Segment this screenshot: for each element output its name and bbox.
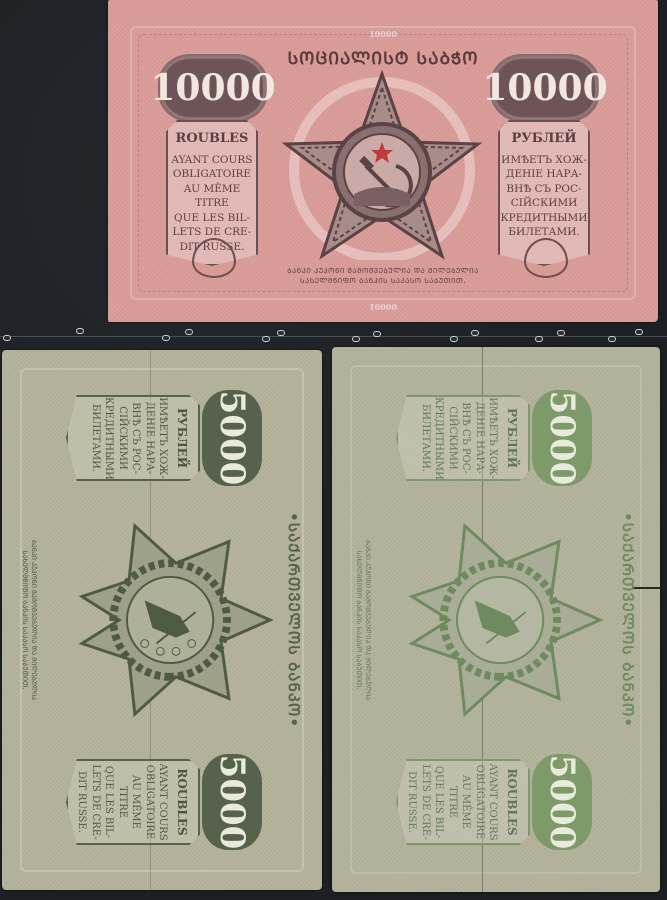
denomination-cartouche-right: 10000 [492, 56, 598, 120]
album-hole [162, 335, 170, 341]
denomination-cartouche-left: 5000 [532, 390, 592, 486]
seven-point-star-emblem-icon [78, 522, 274, 718]
french-line: OBLIGATOIRE [473, 761, 487, 843]
french-text-panel: ROUBLES AYANT COURS OBLIGATOIRE AU MÊME … [66, 759, 200, 845]
rotated-note-content: •ᲡᲐᲥᲐᲠᲗᲕᲔᲚᲝᲡ ᲑᲐᲜᲙᲝ• 5000 5000 РУБЛЕЙ ИМѢ… [336, 350, 656, 890]
russian-text-panel: РУБЛЕЙ ИМѢЕТЪ ХОЖ- ДЕНІЕ НАРА- ВНѢ СЪ РО… [66, 395, 200, 481]
album-hole [3, 335, 11, 341]
french-line: QUE LES BIL- [432, 761, 446, 843]
french-line: QUE LES BIL- [102, 761, 116, 843]
russian-line: КРЕДИТНЫМИ [500, 211, 588, 226]
russian-line: ДЕНІЕ НАРА- [500, 167, 588, 182]
footnote-line: ᲑᲐᲜᲙᲘ ᲙᲣᲞᲝᲜᲘ ᲒᲐᲛᲝᲨᲕᲔᲑᲣᲚᲘᲐ ᲓᲐ ᲛᲘᲚᲔᲑᲣᲚᲘᲐ [108, 266, 658, 276]
bank-title-georgian: •ᲡᲐᲥᲐᲠᲗᲕᲔᲚᲝᲡ ᲑᲐᲜᲙᲝ• [284, 350, 304, 890]
russian-line: ИМѢЕТЪ ХОЖ- [486, 397, 500, 479]
album-hole [557, 330, 565, 336]
footnote-line: ᲡᲐᲮᲔᲚᲛᲬᲘᲤᲝ ᲑᲐᲜᲙᲘᲡ ᲡᲐᲙᲐᲡᲝ ᲡᲐᲑᲣᲗᲘᲗ. [20, 350, 29, 890]
album-hole [635, 329, 643, 335]
russian-line: ВНѢ СЪ РОС- [459, 397, 473, 479]
footnote-line: ᲑᲐᲜᲙᲘ ᲙᲣᲞᲝᲜᲘ ᲒᲐᲛᲝᲨᲕᲔᲑᲣᲚᲘᲐ ᲓᲐ ᲛᲘᲚᲔᲑᲣᲚᲘᲐ [29, 350, 38, 890]
french-line: LETS DE CRE- [89, 761, 103, 843]
russian-line: ВНѢ СЪ РОС- [129, 397, 143, 479]
album-page: 10000 10000 ᲡᲝᲪᲘᲐᲚᲘᲡᲢ ᲡᲐᲑᲭᲝ 10000 10000 … [0, 0, 667, 900]
georgian-footnote: ᲑᲐᲜᲙᲘ ᲙᲣᲞᲝᲜᲘ ᲒᲐᲛᲝᲨᲕᲔᲑᲣᲚᲘᲐ ᲓᲐ ᲛᲘᲚᲔᲑᲣᲚᲘᲐ Ს… [20, 350, 38, 890]
french-heading: ROUBLES [175, 761, 189, 843]
stitch-line [0, 336, 667, 337]
denomination-cartouche-right: 5000 [202, 754, 262, 850]
banknote-10000: 10000 10000 ᲡᲝᲪᲘᲐᲚᲘᲡᲢ ᲡᲐᲑᲭᲝ 10000 10000 … [108, 0, 658, 322]
seven-point-star-emblem-icon [408, 522, 604, 718]
french-line: QUE LES BIL- [168, 211, 256, 226]
russian-line: КРЕДИТНЫМИ [102, 397, 116, 479]
denomination-cartouche-right: 5000 [532, 754, 592, 850]
russian-line: СІЙСКИМИ [116, 397, 130, 479]
album-hole [373, 331, 381, 337]
footnote-line: ᲡᲐᲮᲔᲚᲛᲬᲘᲤᲝ ᲑᲐᲜᲙᲘᲡ ᲡᲐᲙᲐᲡᲝ ᲡᲐᲑᲣᲗᲘᲗ. [354, 350, 363, 890]
denomination-cartouche-left: 10000 [160, 56, 266, 120]
french-heading: ROUBLES [168, 132, 256, 147]
french-line: OBLIGATOIRE [168, 167, 256, 182]
russian-heading: РУБЛЕЙ [175, 397, 189, 479]
bank-title-georgian: •ᲡᲐᲥᲐᲠᲗᲕᲔᲚᲝᲡ ᲑᲐᲜᲙᲝ• [618, 350, 638, 890]
french-line: AU MÊME TITRE [168, 182, 256, 211]
russian-text-panel: РУБЛЕЙ ИМѢЕТЪ ХОЖ- ДЕНІЕ НАРА- ВНѢ СЪ РО… [396, 395, 530, 481]
banknote-5000-left: •ᲡᲐᲥᲐᲠᲗᲕᲔᲚᲝᲡ ᲑᲐᲜᲙᲝ• 5000 5000 РУБЛЕЙ ИМѢ… [2, 350, 322, 890]
album-hole [608, 336, 616, 342]
russian-line: БИЛЕТАМИ. [419, 397, 433, 479]
russian-line: СІЙСКИМИ [500, 196, 588, 211]
georgian-footnote: ᲑᲐᲜᲙᲘ ᲙᲣᲞᲝᲜᲘ ᲒᲐᲛᲝᲨᲕᲔᲑᲣᲚᲘᲐ ᲓᲐ ᲛᲘᲚᲔᲑᲣᲚᲘᲐ Ს… [354, 350, 372, 890]
french-line: DIT RUSSE. [405, 761, 419, 843]
russian-line: КРЕДИТНЫМИ [432, 397, 446, 479]
french-line: AYANT COURS [156, 761, 170, 843]
russian-line: ИМѢЕТЪ ХОЖ- [156, 397, 170, 479]
footnote-line: ᲑᲐᲜᲙᲘ ᲙᲣᲞᲝᲜᲘ ᲒᲐᲛᲝᲨᲕᲔᲑᲣᲚᲘᲐ ᲓᲐ ᲛᲘᲚᲔᲑᲣᲚᲘᲐ [363, 350, 372, 890]
french-line: DIT RUSSE. [75, 761, 89, 843]
russian-line: ДЕНІЕ НАРА- [473, 397, 487, 479]
album-hole [352, 336, 360, 342]
russian-line: СІЙСКИМИ [446, 397, 460, 479]
french-line: AU MÊME TITRE [446, 761, 473, 843]
banknote-5000-right: •ᲡᲐᲥᲐᲠᲗᲕᲔᲚᲝᲡ ᲑᲐᲜᲙᲝ• 5000 5000 РУБЛЕЙ ИМѢ… [332, 347, 660, 892]
rotated-note-content: •ᲡᲐᲥᲐᲠᲗᲕᲔᲚᲝᲡ ᲑᲐᲜᲙᲝ• 5000 5000 РУБЛЕЙ ИМѢ… [2, 350, 322, 890]
french-line: AYANT COURS [486, 761, 500, 843]
russian-heading: РУБЛЕЙ [505, 397, 519, 479]
georgian-footnote: ᲑᲐᲜᲙᲘ ᲙᲣᲞᲝᲜᲘ ᲒᲐᲛᲝᲨᲕᲔᲑᲣᲚᲘᲐ ᲓᲐ ᲛᲘᲚᲔᲑᲣᲚᲘᲐ Ს… [108, 266, 658, 286]
russian-line: ДЕНІЕ НАРА- [143, 397, 157, 479]
french-line: AU MÊME TITRE [116, 761, 143, 843]
small-denomination-top: 10000 [108, 29, 658, 39]
french-heading: ROUBLES [505, 761, 519, 843]
russian-heading: РУБЛЕЙ [500, 132, 588, 147]
album-hole [450, 336, 458, 342]
french-text-panel: ROUBLES AYANT COURS OBLIGATOIRE AU MÊME … [396, 759, 530, 845]
album-binding-strip [0, 326, 667, 346]
russian-line: ИМѢЕТЪ ХОЖ- [500, 153, 588, 168]
star-emblem-icon [282, 70, 482, 260]
album-hole [277, 330, 285, 336]
russian-line: БИЛЕТАМИ. [89, 397, 103, 479]
french-line: OBLIGATOIRE [143, 761, 157, 843]
french-line: LETS DE CRE- [419, 761, 433, 843]
denomination-cartouche-left: 5000 [202, 390, 262, 486]
russian-line: ВНѢ СЪ РОС- [500, 182, 588, 197]
album-hole [535, 336, 543, 342]
album-hole [262, 336, 270, 342]
small-denomination-bottom: 10000 [108, 302, 658, 312]
album-hole [185, 329, 193, 335]
french-line: AYANT COURS [168, 153, 256, 168]
album-hole [76, 328, 84, 334]
footnote-line: ᲡᲐᲮᲔᲚᲛᲬᲘᲤᲝ ᲑᲐᲜᲙᲘᲡ ᲡᲐᲙᲐᲡᲝ ᲡᲐᲑᲣᲗᲘᲗ. [108, 276, 658, 286]
album-hole [471, 330, 479, 336]
